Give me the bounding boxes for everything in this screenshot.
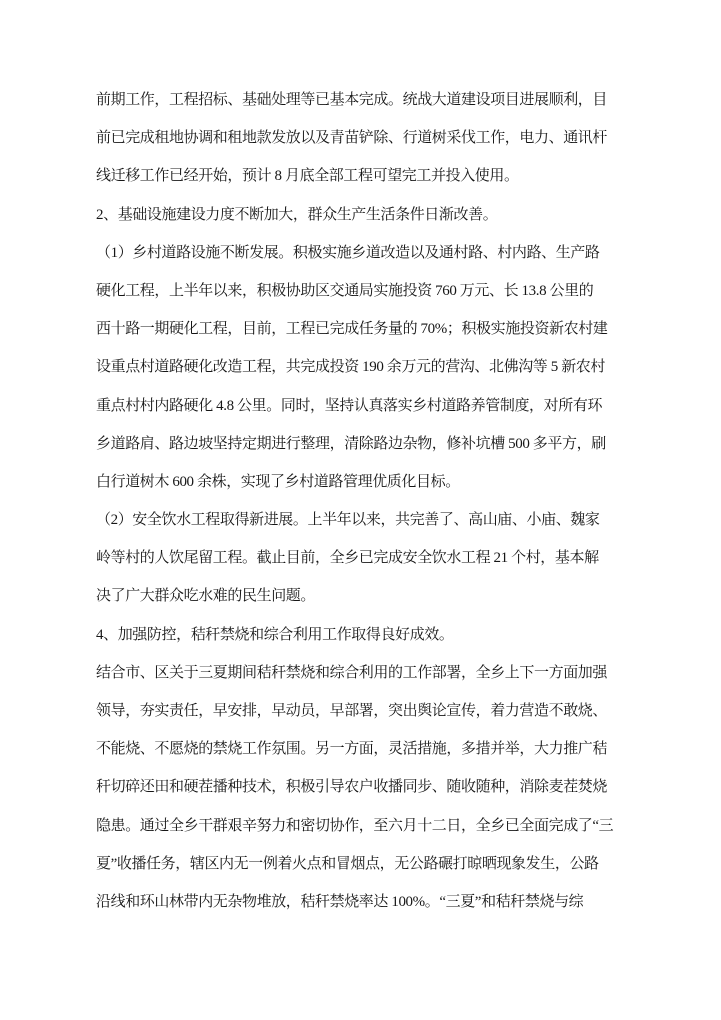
paragraph: （1）乡村道路设施不断发展。积极实施乡道改造以及通村路、村内路、生产路硬化工程，… <box>96 234 628 501</box>
paragraph: 结合市、区关于三夏期间秸秆禁烧和综合利用的工作部署，全乡上下一方面加强领导，夯实… <box>96 654 628 921</box>
text-line: 4、加强防控，秸秆禁烧和综合利用工作取得良好成效。 <box>96 616 628 654</box>
text-line: 决了广大群众吃水难的民生问题。 <box>96 577 628 615</box>
paragraph: （2）安全饮水工程取得新进展。上半年以来，共完善了、高山庙、小庙、魏家岭等村的人… <box>96 501 628 616</box>
text-line: 夏”收播任务，辖区内无一例着火点和冒烟点，无公路碾打晾晒现象发生，公路 <box>96 845 628 883</box>
text-line: 重点村村内路硬化 4.8 公里。同时，坚持认真落实乡村道路养管制度，对所有环 <box>96 387 628 425</box>
text-line: 前期工作，工程招标、基础处理等已基本完成。统战大道建设项目进展顺利，目 <box>96 81 628 119</box>
text-line: 线迁移工作已经开始，预计 8 月底全部工程可望完工并投入使用。 <box>96 157 628 195</box>
paragraph: 2、基础设施建设力度不断加大，群众生产生活条件日渐改善。 <box>96 196 628 234</box>
text-line: 乡道路肩、路边坡坚持定期进行整理，清除路边杂物，修补坑槽 500 多平方，刷 <box>96 425 628 463</box>
text-line: 不能烧、不愿烧的禁烧工作氛围。另一方面，灵活措施，多措并举，大力推广秸 <box>96 730 628 768</box>
text-line: 设重点村道路硬化改造工程，共完成投资 190 余万元的营沟、北佛沟等 5 新农村 <box>96 348 628 386</box>
text-line: 前已完成租地协调和租地款发放以及青苗铲除、行道树采伐工作，电力、通讯杆 <box>96 119 628 157</box>
paragraph: 前期工作，工程招标、基础处理等已基本完成。统战大道建设项目进展顺利，目前已完成租… <box>96 81 628 196</box>
text-line: （2）安全饮水工程取得新进展。上半年以来，共完善了、高山庙、小庙、魏家 <box>96 501 628 539</box>
text-line: 西十路一期硬化工程，目前，工程已完成任务量的 70%；积极实施投资新农村建 <box>96 310 628 348</box>
document-body: 前期工作，工程招标、基础处理等已基本完成。统战大道建设项目进展顺利，目前已完成租… <box>96 81 628 921</box>
text-line: 结合市、区关于三夏期间秸秆禁烧和综合利用的工作部署，全乡上下一方面加强 <box>96 654 628 692</box>
text-line: 白行道树木 600 余株，实现了乡村道路管理优质化目标。 <box>96 463 628 501</box>
paragraph: 4、加强防控，秸秆禁烧和综合利用工作取得良好成效。 <box>96 616 628 654</box>
text-line: （1）乡村道路设施不断发展。积极实施乡道改造以及通村路、村内路、生产路 <box>96 234 628 272</box>
text-line: 岭等村的人饮尾留工程。截止目前，全乡已完成安全饮水工程 21 个村，基本解 <box>96 539 628 577</box>
document-page: 前期工作，工程招标、基础处理等已基本完成。统战大道建设项目进展顺利，目前已完成租… <box>0 0 721 1020</box>
text-line: 隐患。通过全乡干群艰辛努力和密切协作，至六月十二日，全乡已全面完成了“三 <box>96 807 628 845</box>
text-line: 秆切碎还田和硬茬播种技术，积极引导农户收播同步、随收随种，消除麦茬焚烧 <box>96 768 628 806</box>
text-line: 沿线和环山林带内无杂物堆放，秸秆禁烧率达 100%。“三夏”和秸秆禁烧与综 <box>96 883 628 921</box>
text-line: 2、基础设施建设力度不断加大，群众生产生活条件日渐改善。 <box>96 196 628 234</box>
text-line: 硬化工程，上半年以来，积极协助区交通局实施投资 760 万元、长 13.8 公里… <box>96 272 628 310</box>
text-line: 领导，夯实责任，早安排，早动员，早部署，突出舆论宣传，着力营造不敢烧、 <box>96 692 628 730</box>
